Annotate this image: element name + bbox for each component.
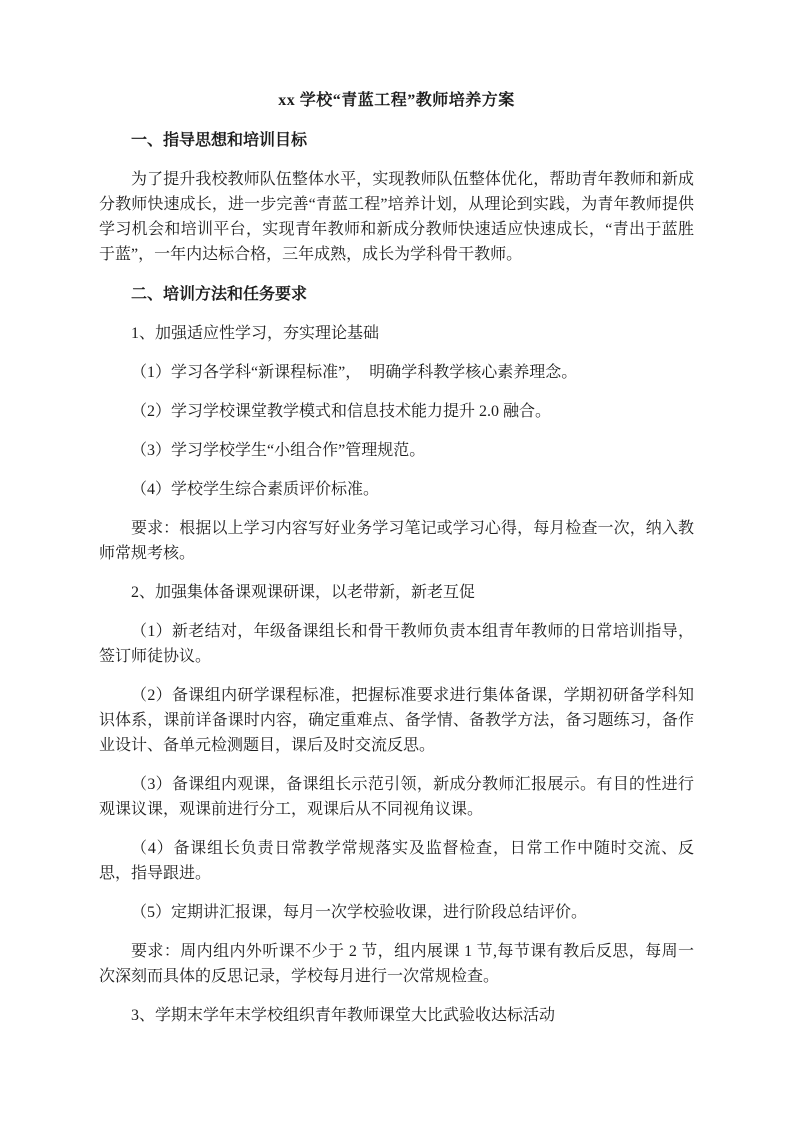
section-2-item-2-sub-2: （2）备课组内研学课程标准，把握标准要求进行集体备课，学期初研备学科知识体系，课… bbox=[99, 683, 694, 758]
section-2-item-1-sub-3: （3）学习学校学生“小组合作”管理规范。 bbox=[99, 438, 694, 463]
section-2-item-2-sub-4: （4）备课组长负责日常教学常规落实及监督检查，日常工作中随时交流、反思，指导跟进… bbox=[99, 836, 694, 886]
section-2-item-1-sub-4: （4）学校学生综合素质评价标准。 bbox=[99, 477, 694, 502]
section-2-heading: 二、培训方法和任务要求 bbox=[99, 282, 694, 307]
section-2-item-2-sub-1: （1）新老结对，年级备课组长和骨干教师负责本组青年教师的日常培训指导，签订师徒协… bbox=[99, 619, 694, 669]
section-2-item-1: 1、加强适应性学习，夯实理论基础 bbox=[99, 321, 694, 346]
section-2-item-2-requirement: 要求：周内组内外听课不少于 2 节，组内展课 1 节,每节课有教后反思，每周一次… bbox=[99, 939, 694, 989]
document-page: xx 学校“青蓝工程”教师培养方案 一、指导思想和培训目标 为了提升我校教师队伍… bbox=[0, 0, 793, 1122]
section-2-item-3: 3、学期末学年末学校组织青年教师课堂大比武验收达标活动 bbox=[99, 1003, 694, 1028]
section-2-item-1-sub-2: （2）学习学校课堂教学模式和信息技术能力提升 2.0 融合。 bbox=[99, 399, 694, 424]
section-1-paragraph: 为了提升我校教师队伍整体水平，实现教师队伍整体优化，帮助青年教师和新成分教师快速… bbox=[99, 167, 694, 267]
section-2-item-1-requirement: 要求：根据以上学习内容写好业务学习笔记或学习心得，每月检查一次，纳入教师常规考核… bbox=[99, 516, 694, 566]
section-2-item-2-sub-5: （5）定期讲汇报课，每月一次学校验收课，进行阶段总结评价。 bbox=[99, 900, 694, 925]
section-2-item-1-sub-1: （1）学习各学科“新课程标准”， 明确学科教学核心素养理念。 bbox=[99, 360, 694, 385]
section-1-heading: 一、指导思想和培训目标 bbox=[99, 128, 694, 153]
section-2-item-2: 2、加强集体备课观课研课，以老带新，新老互促 bbox=[99, 580, 694, 605]
document-title: xx 学校“青蓝工程”教师培养方案 bbox=[99, 88, 694, 113]
section-2-item-2-sub-3: （3）备课组内观课，备课组长示范引领，新成分教师汇报展示。有目的性进行观课议课，… bbox=[99, 772, 694, 822]
